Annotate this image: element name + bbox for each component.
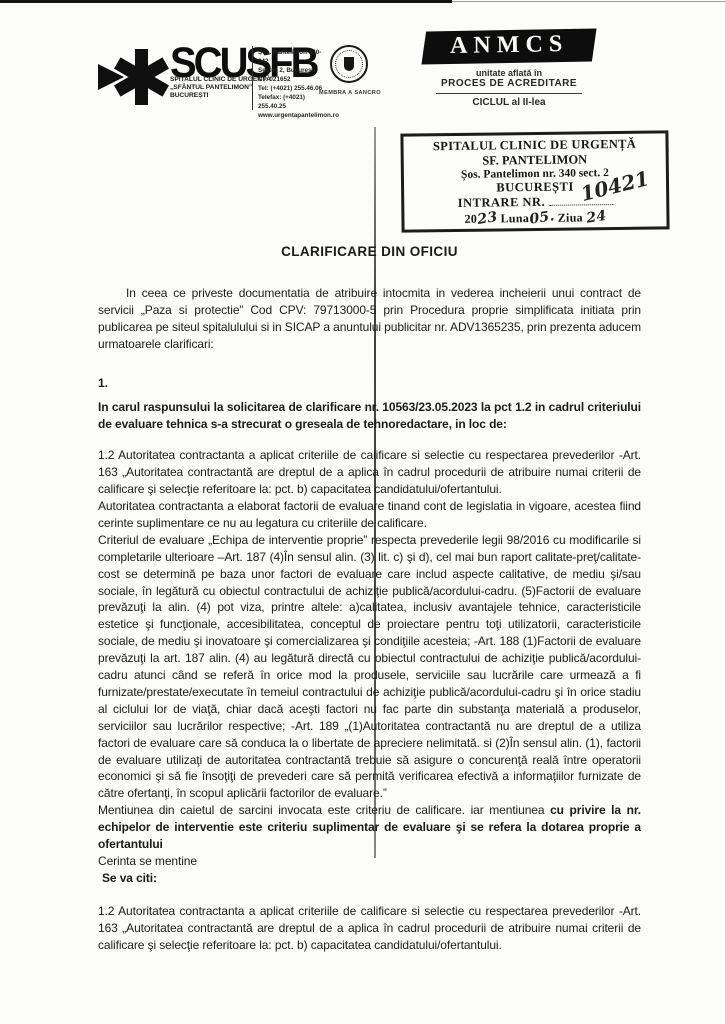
section-number: 1. [98,375,641,392]
contact-address: Șos. Pantelimon 340-342 [258,48,330,66]
anmcs-title: ANMCS [428,31,591,61]
stamp-day-label: Ziua [558,210,583,224]
anmcs-subtitle-1: unitate aflată în [418,68,600,78]
cerinta-line: Cerinta se mentine [98,853,641,870]
ministry-seal-icon [330,45,368,83]
coat-of-arms-icon [344,57,354,71]
contact-website: www.urgentapantelimon.ro [258,111,330,120]
document-body: CLARIFICARE DIN OFICIU In ceea ce prives… [98,244,641,954]
anmcs-cycle: CICLUL al II-lea [418,97,600,108]
stamp-year-prefix: 20 [464,212,477,226]
hospital-contact-block: Șos. Pantelimon 340-342 Sector 2, Bucure… [258,48,330,120]
stamp-month-label: Luna [500,211,529,225]
stamp-date-line: 2023 Luna05. Ziua 24 [410,208,660,227]
contact-sector: Sector 2, București [258,66,330,75]
handwritten-day: 24 [585,208,607,227]
anmcs-separator [436,93,582,94]
anmcs-banner: ANMCS [421,29,596,65]
se-va-citi-label: Se va citi: [98,870,641,887]
quoted-text-paragraph-2: Autoritatea contractanta a elaborat fact… [98,498,641,532]
anmcs-accreditation-block: ANMCS unitate aflată în PROCES DE ACREDI… [418,30,600,108]
page-title: CLARIFICARE DIN OFICIU [98,244,641,261]
star-of-life-icon [104,44,166,110]
intro-paragraph: In ceea ce priveste documentatia de atri… [98,285,641,353]
stamp-entry-label: INTRARE NR. [458,195,546,210]
seal-caption: MEMBRA A SANCRO [318,90,382,96]
registration-stamp: SPITALUL CLINIC DE URGENȚĂ SF. PANTELIMO… [400,130,669,232]
section-lead-paragraph: In carul raspunsului la solicitarea de c… [98,399,641,433]
corrected-text-paragraph: 1.2 Autoritatea contractanta a aplicat c… [98,903,641,954]
scanned-document-page: SCUSFB SPITALUL CLINIC DE URGENȚĂ „SFÂNT… [0,0,725,1024]
contact-postcode: CP. 021652 [258,75,330,84]
handwritten-month: 05. [528,208,555,228]
stamp-hospital-name: SPITALUL CLINIC DE URGENȚĂ [409,136,659,154]
quoted-text-paragraph-1: 1.2 Autoritatea contractanta a aplicat c… [98,447,641,498]
anmcs-subtitle-2: PROCES DE ACREDITARE [418,78,600,89]
mention-paragraph: Mentiunea din caietul de sarcini invocat… [98,802,641,853]
seal-inner-ring [335,50,363,78]
quoted-text-paragraph-3: Criteriul de evaluare „Echipa de interve… [98,532,641,803]
scan-edge-artifact-thin [452,1,725,2]
scan-edge-artifact [0,0,452,3]
handwritten-year: 23 [476,209,498,228]
stamp-entry-dots [549,204,613,206]
mention-normal-text: Mentiunea din caietul de sarcini invocat… [98,803,550,817]
header-divider [252,46,253,110]
